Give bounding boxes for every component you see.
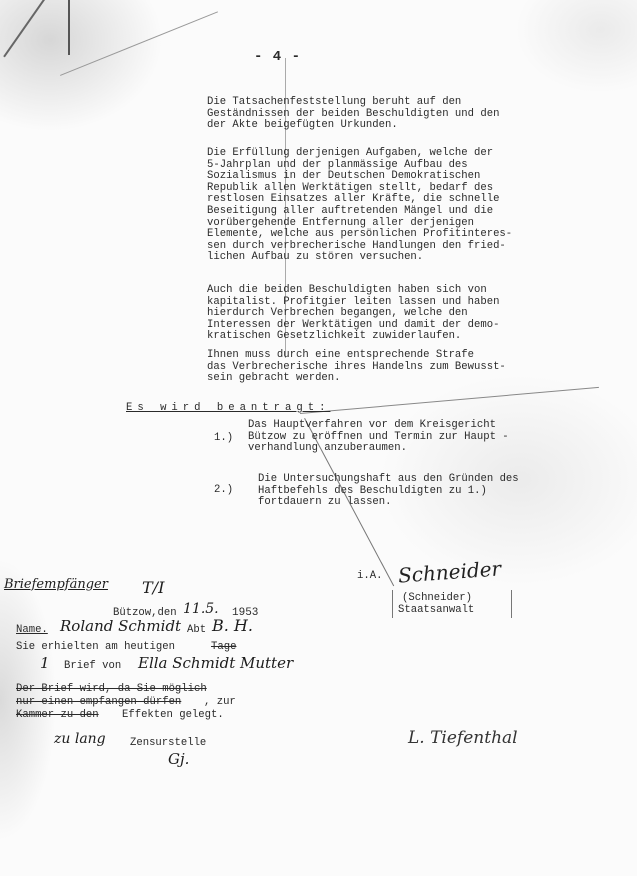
letter-count: 1 xyxy=(40,654,50,672)
fold-line xyxy=(68,0,70,55)
letter-label: Brief von xyxy=(64,660,121,672)
motion-text: Die Untersuchungshaft aus den Gründen de… xyxy=(258,474,519,509)
received-struck: Tage xyxy=(211,641,236,653)
struck-line-2: nur einen empfangen dürfen xyxy=(16,696,181,708)
signatory-name: (Schneider) xyxy=(402,592,472,604)
paragraph-facts: Die Tatsachenfeststellung beruht auf den… xyxy=(207,97,499,132)
dept-label: Abt xyxy=(187,624,206,636)
line-2-suffix: , zur xyxy=(204,696,236,708)
page-number: - 4 - xyxy=(254,49,301,65)
paragraph-reasoning: Die Erfüllung derjenigen Aufgaben, welch… xyxy=(207,148,512,264)
paragraph-accused: Auch die beiden Beschuldigten haben sich… xyxy=(207,285,499,343)
signatory-title: Staatsanwalt xyxy=(398,604,474,616)
motion-heading: Es wird beantragt: xyxy=(126,402,330,414)
office-label: Zensurstelle xyxy=(130,737,206,749)
name-label: Name. xyxy=(16,624,48,636)
struck-line-1: Der Brief wird, da Sie möglich xyxy=(16,683,207,695)
motion-number: 2.) xyxy=(214,484,233,496)
date-handwritten: 11.5. xyxy=(183,601,219,617)
initials-handwritten: Gj. xyxy=(168,750,189,768)
line-3-struck: Kammer zu den xyxy=(16,709,99,721)
reason-handwritten: zu lang xyxy=(54,731,106,747)
form-header-handwritten: Briefempfänger xyxy=(4,577,108,592)
dept-handwritten: B. H. xyxy=(212,616,253,635)
line-3: Effekten gelegt. xyxy=(122,709,224,721)
motion-number: 1.) xyxy=(214,432,233,444)
form-header-mark: T/I xyxy=(142,578,164,597)
letter-from-handwritten: Ella Schmidt Mutter xyxy=(138,654,293,672)
paragraph-punishment: Ihnen muss durch eine entsprechende Stra… xyxy=(207,350,506,385)
motion-text: Das Hauptverfahren vor dem Kreisgericht … xyxy=(248,420,509,455)
document-page: - 4 - Die Tatsachenfeststellung beruht a… xyxy=(0,0,637,876)
received-line: Sie erhielten am heutigen xyxy=(16,641,175,653)
name-handwritten: Roland Schmidt xyxy=(60,617,181,635)
censor-signature: L. Tiefenthal xyxy=(408,728,518,748)
signature-prefix: i.A. xyxy=(357,570,382,582)
